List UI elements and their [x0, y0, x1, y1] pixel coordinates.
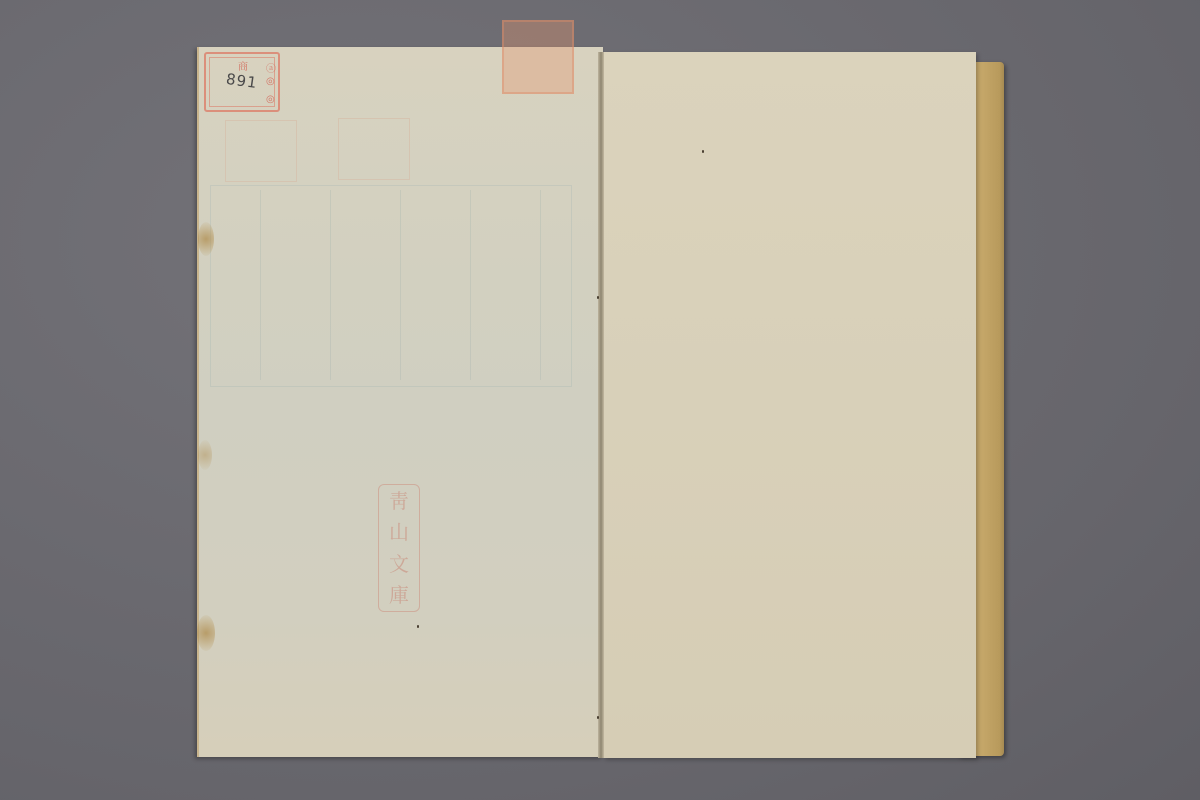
seal-glyph: 庫 [389, 585, 409, 605]
binding-thread-knot [597, 296, 599, 299]
foxing-stain [198, 222, 214, 256]
book-gutter-spine [598, 52, 604, 758]
library-seal: 靑 山 文 庫 [378, 484, 420, 612]
seal-glyph: ◎ [266, 94, 275, 105]
show-through-print-frame [210, 185, 572, 387]
show-through-seal [338, 118, 410, 180]
foxing-stain [197, 615, 215, 651]
seal-glyph: 文 [389, 554, 409, 574]
seal-glyph: ◎ [266, 76, 275, 87]
foxing-stain [198, 440, 212, 470]
show-through-seal [225, 120, 297, 182]
seal-glyph: 靑 [389, 491, 409, 511]
binding-thread-knot [597, 716, 599, 719]
seal-glyph: 山 [389, 522, 409, 542]
show-through-column-line [330, 190, 331, 380]
top-edge-seal [502, 20, 574, 94]
show-through-column-line [400, 190, 401, 380]
ink-speck [702, 150, 704, 153]
right-page-blank [603, 52, 976, 758]
open-book: 商 ⓐ ◎ ◎ 891 靑 山 文 庫 [0, 0, 1200, 800]
show-through-column-line [260, 190, 261, 380]
corner-ownership-seal: 商 ⓐ ◎ ◎ 891 [204, 52, 280, 112]
show-through-column-line [540, 190, 541, 380]
ink-speck [417, 625, 419, 628]
show-through-column-line [470, 190, 471, 380]
seal-glyph: ⓐ [266, 60, 276, 75]
